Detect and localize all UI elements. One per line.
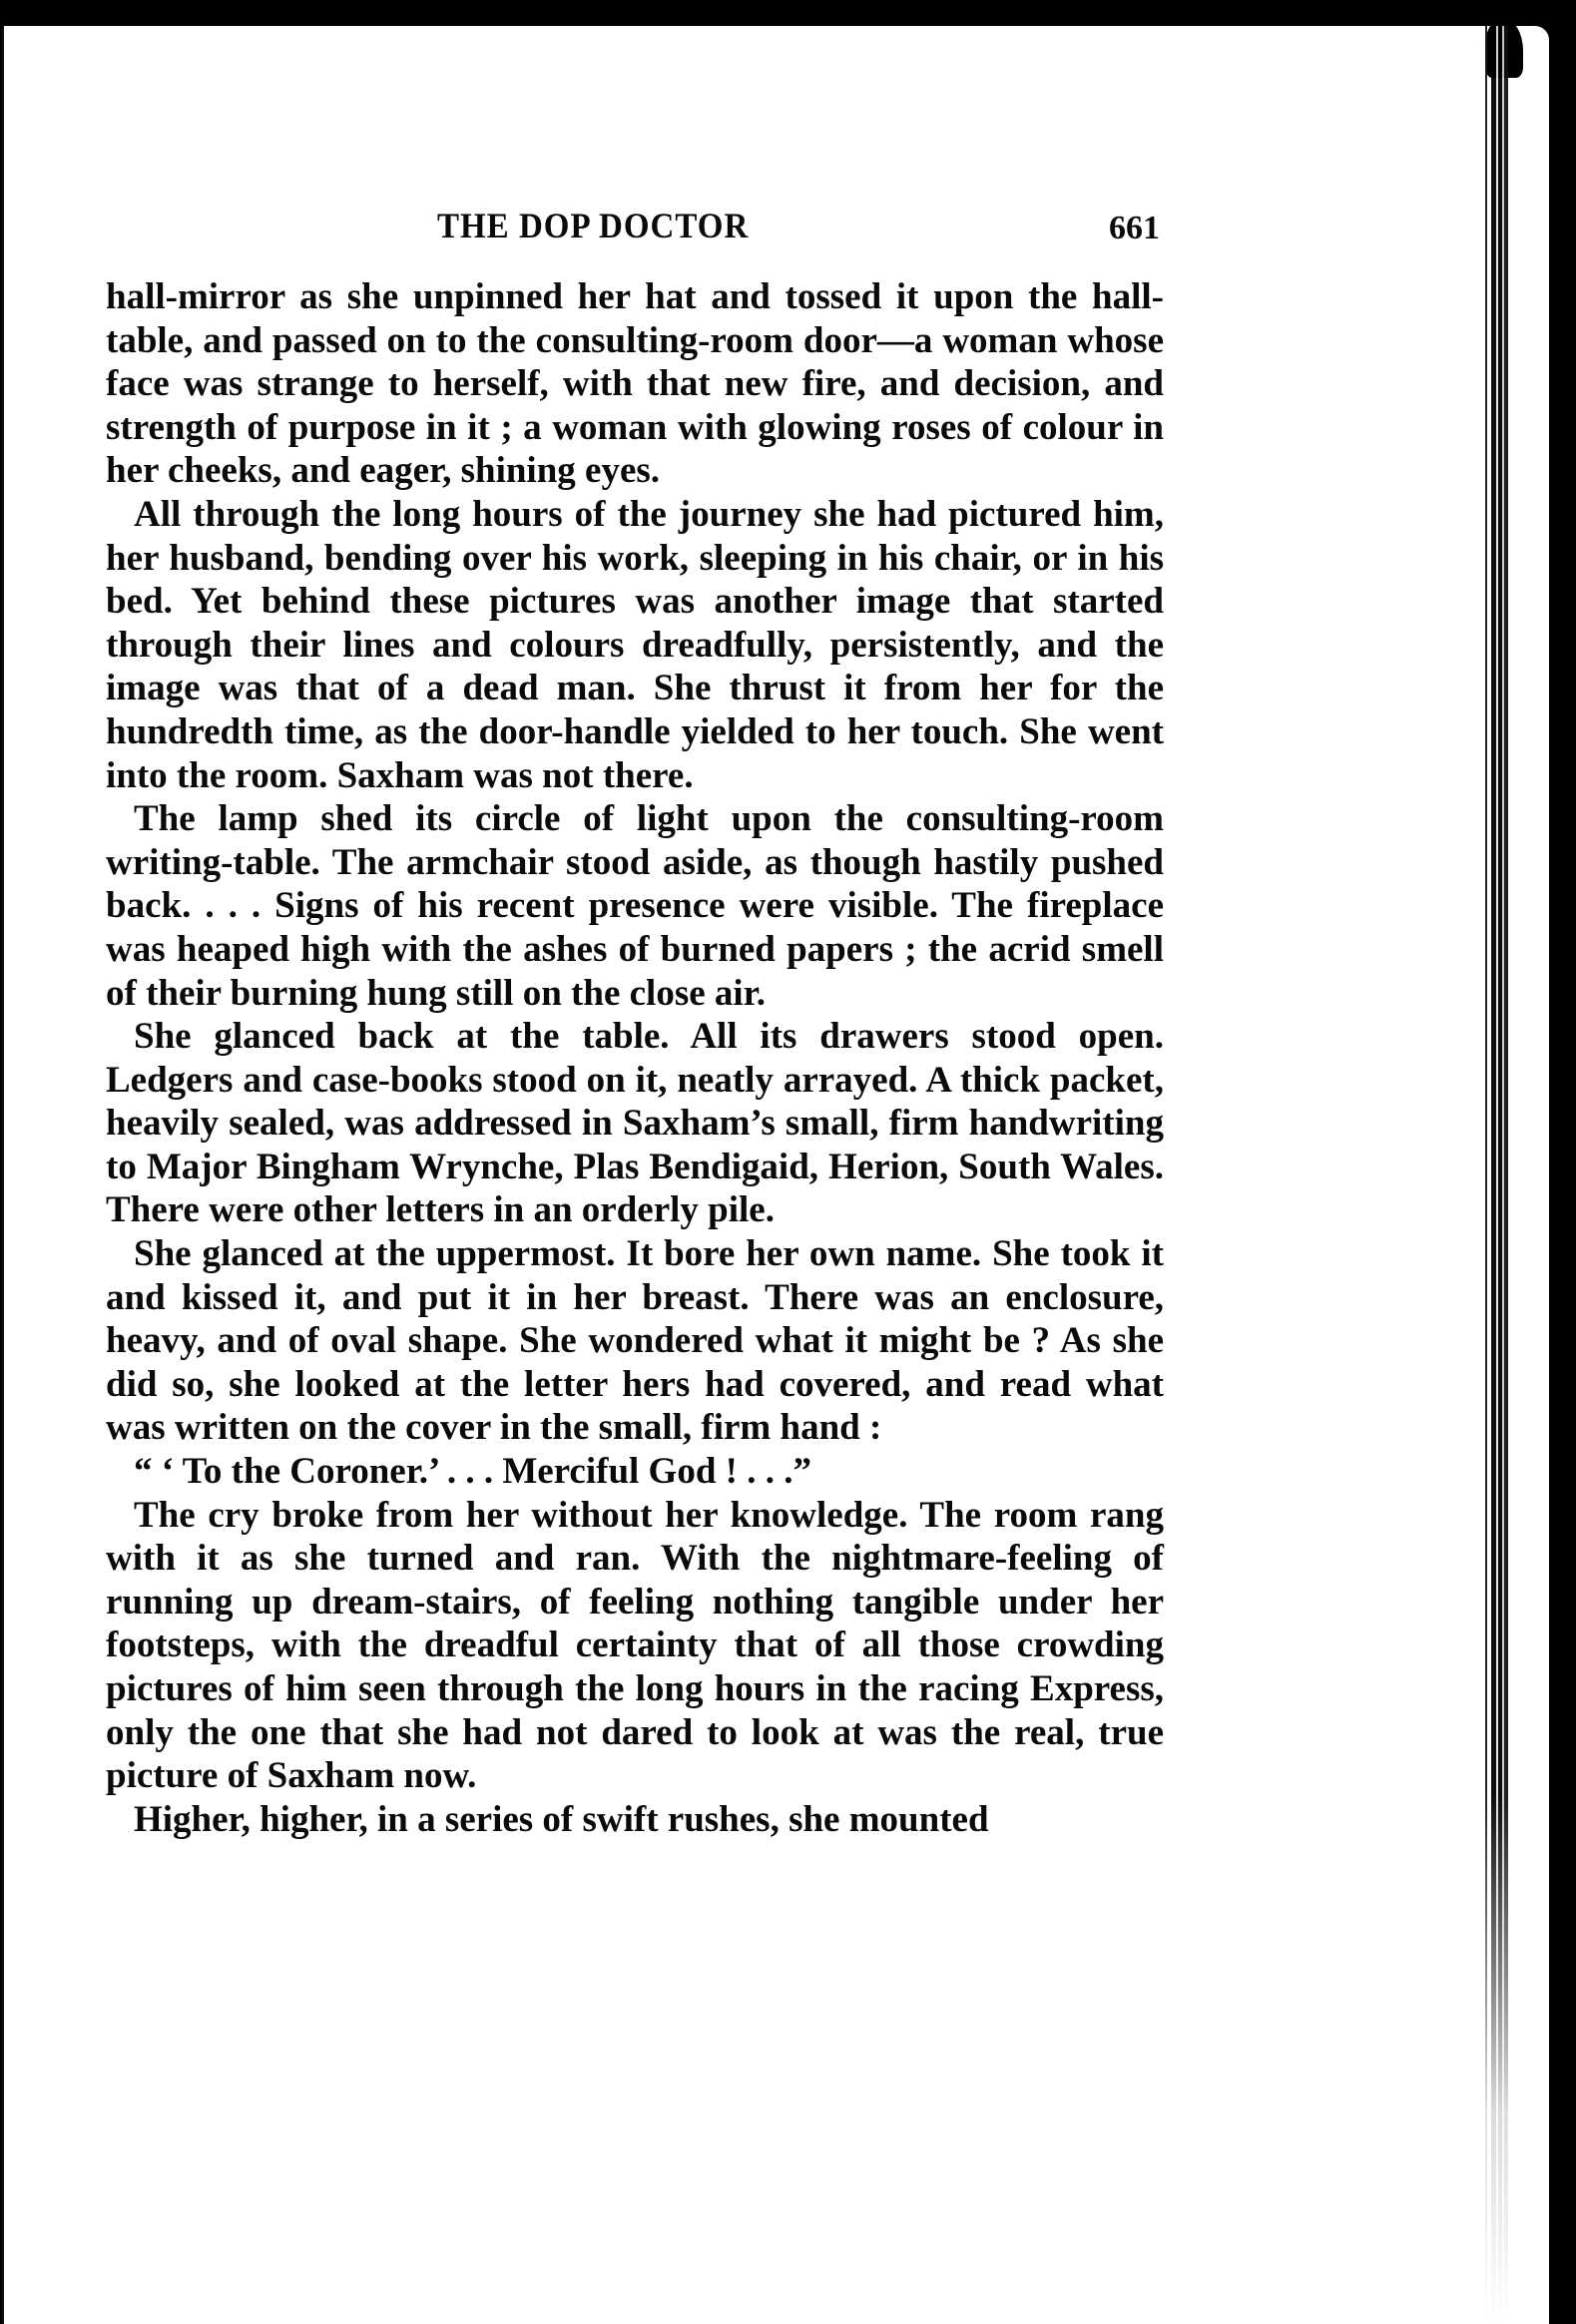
paragraph: Higher, higher, in a series of swift rus… (106, 1798, 1164, 1842)
paragraph: She glanced back at the table. All its d… (106, 1015, 1164, 1232)
paragraph: She glanced at the uppermost. It bore he… (106, 1232, 1164, 1450)
page-number: 661 (1109, 210, 1160, 247)
quoted-line: “ ‘ To the Coroner.’ . . . Merciful God … (106, 1450, 1164, 1494)
body-text: hall-mirror as she unpinned her hat and … (106, 275, 1164, 1841)
running-title: THE DOP DOCTOR (437, 208, 749, 247)
running-header: THE DOP DOCTOR 661 (437, 208, 1166, 251)
paragraph: The lamp shed its circle of light upon t… (106, 797, 1164, 1015)
scan-right-border (1549, 0, 1576, 2324)
scan-top-border (0, 0, 1576, 26)
paragraph: The cry broke from her without her knowl… (106, 1494, 1164, 1798)
binding-edge-fade (1481, 1796, 1521, 2324)
paragraph: hall-mirror as she unpinned her hat and … (106, 275, 1164, 493)
paragraph: All through the long hours of the journe… (106, 493, 1164, 797)
